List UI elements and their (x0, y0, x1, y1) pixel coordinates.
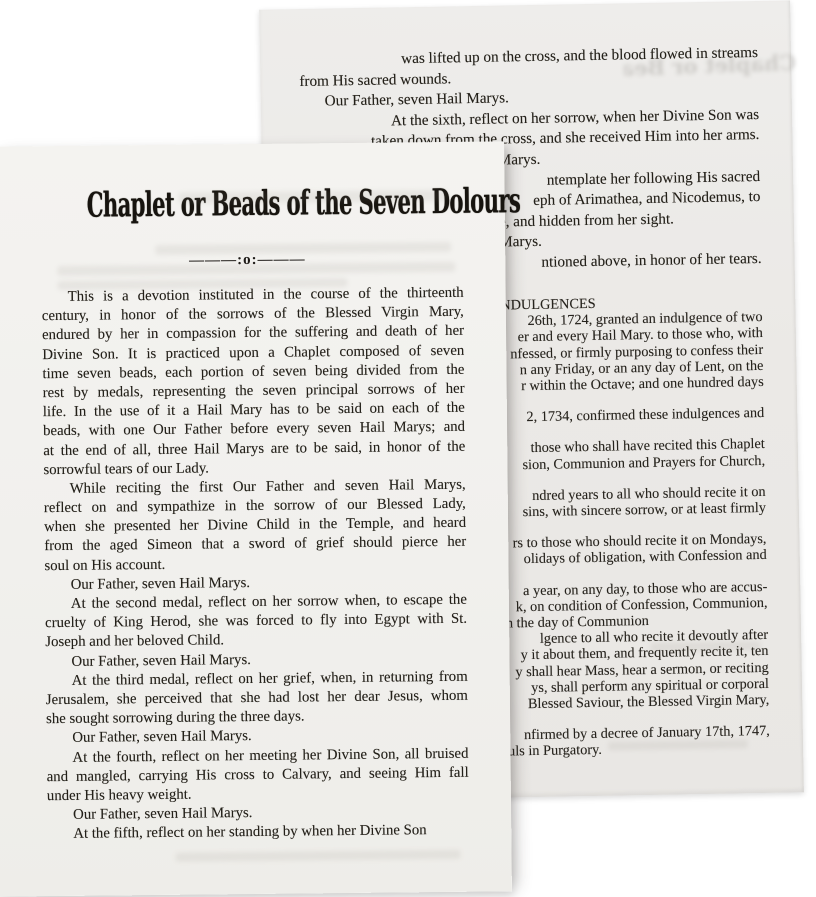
scanned-pamphlet-photo: Chaplet or Beads of the was lifted up on… (0, 0, 816, 897)
text-line: At the fifth, reflect on her standing by… (47, 821, 469, 845)
front-page-text: This is a devotion instituted in the cou… (42, 284, 470, 845)
show-through-smudge (175, 850, 460, 862)
front-page-sheet: Chaplet or Beads of the Seven Dolours ——… (0, 141, 512, 896)
title-divider-ornament: ———:o:——— (0, 249, 505, 271)
pamphlet-title: Chaplet or Beads of the Seven Dolours (87, 182, 407, 225)
